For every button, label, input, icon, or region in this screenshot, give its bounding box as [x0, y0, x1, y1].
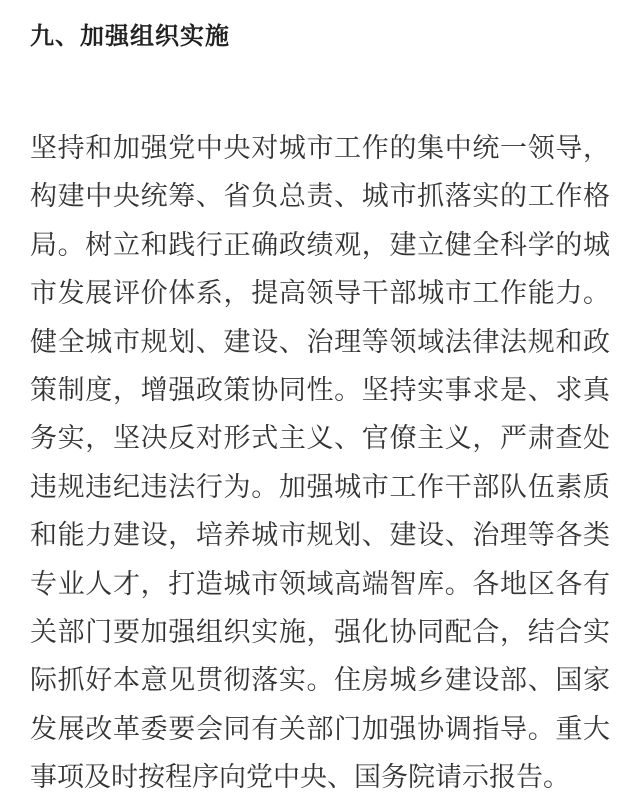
article-page: 九、加强组织实施 坚持和加强党中央对城市工作的集中统一领导， 构建中央统筹、省负… [0, 0, 640, 810]
body-text-line: 构建中央统筹、省负总责、城市抓落实的工作格 [30, 172, 610, 220]
body-text-line: 市发展评价体系，提高领导干部城市工作能力。 [30, 269, 610, 317]
body-text-line: 发展改革委要会同有关部门加强协调指导。重大 [30, 705, 610, 753]
body-text-line-last: 事项及时按程序向党中央、国务院请示报告。 [30, 753, 610, 801]
body-text-line: 策制度，增强政策协同性。坚持实事求是、求真 [30, 366, 610, 414]
body-text-line: 和能力建设，培养城市规划、建设、治理等各类 [30, 511, 610, 559]
body-text-line: 专业人才，打造城市领域高端智库。各地区各有 [30, 560, 610, 608]
body-text-line: 坚持和加强党中央对城市工作的集中统一领导， [30, 124, 610, 172]
body-text-line: 关部门要加强组织实施，强化协同配合，结合实 [30, 608, 610, 656]
body-text-line: 健全城市规划、建设、治理等领域法律法规和政 [30, 318, 610, 366]
section-heading: 九、加强组织实施 [30, 20, 610, 54]
body-text-line: 局。树立和践行正确政绩观，建立健全科学的城 [30, 221, 610, 269]
body-text-line: 际抓好本意见贯彻落实。住房城乡建设部、国家 [30, 656, 610, 704]
body-text-line: 务实，坚决反对形式主义、官僚主义，严肃查处 [30, 414, 610, 462]
article-body: 坚持和加强党中央对城市工作的集中统一领导， 构建中央统筹、省负总责、城市抓落实的… [30, 124, 610, 801]
body-text-line: 违规违纪违法行为。加强城市工作干部队伍素质 [30, 463, 610, 511]
